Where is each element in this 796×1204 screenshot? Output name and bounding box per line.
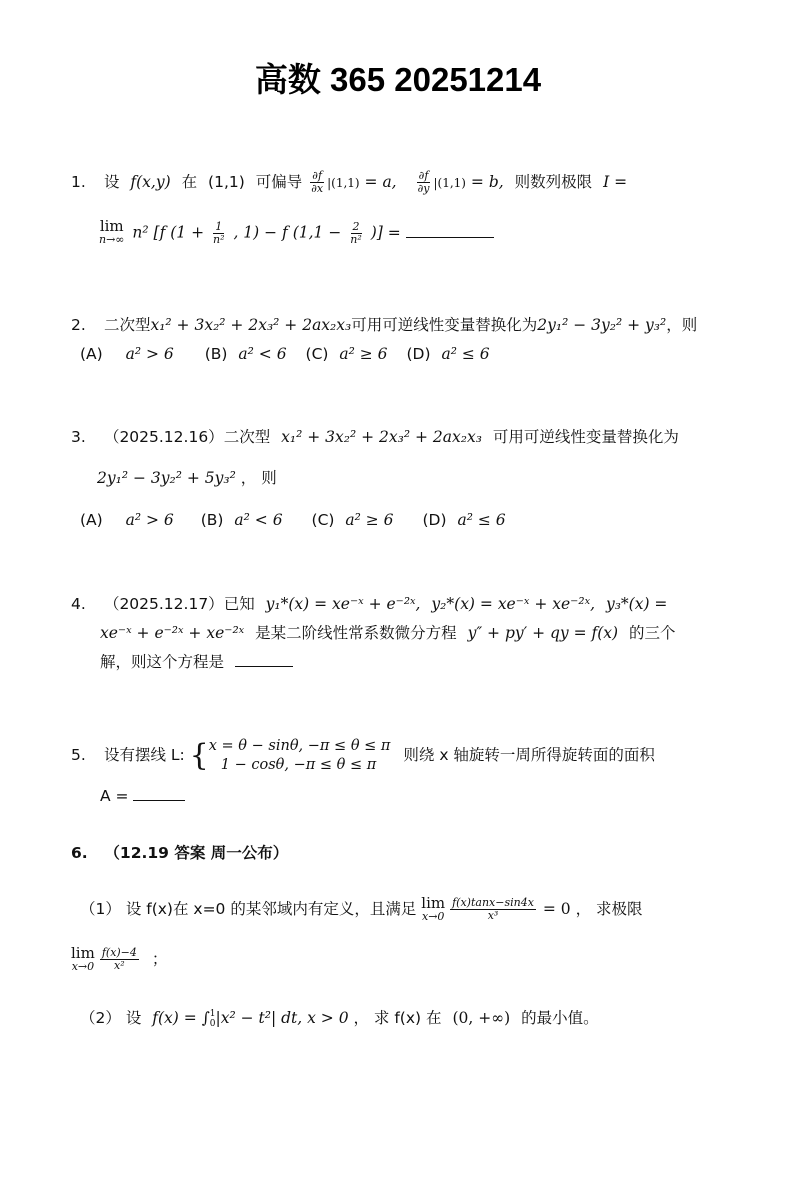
lim-sub: x→0 — [72, 960, 94, 973]
limit: lim n→∞ — [99, 220, 124, 246]
partial-x-fraction: ∂f ∂x — [309, 170, 325, 195]
question-2-line-1: 2. 二次型x₁² + 3x₂² + 2x₃² + 2ax₂x₃可用可逆线性变量… — [71, 314, 697, 336]
document-title: 高数 365 20251214 — [0, 54, 796, 101]
limit: lim x→0 — [71, 947, 95, 973]
solution-y3-rhs: xe⁻ˣ + e⁻²ˣ + xe⁻²ˣ — [100, 624, 244, 642]
solution-y3-lhs: y₃*(x) = — [606, 595, 667, 613]
date: （2025.12.16） — [104, 428, 224, 446]
case-2: 1 − cosθ, −π ≤ θ ≤ π — [209, 756, 391, 775]
lim-word: lim — [100, 220, 124, 233]
fraction-2: 2 n² — [348, 221, 364, 246]
option-b-value: a² < 6 — [234, 511, 282, 529]
question-6-part-1-line-2: lim x→0 f(x)−4 x² ； — [71, 943, 167, 975]
denominator: ∂x — [309, 183, 325, 195]
quadratic-form: x₁² + 3x₂² + 2x₃² + 2ax₂x₃ — [281, 428, 482, 446]
option-c-label: (C) — [312, 511, 335, 529]
text: 已知 — [224, 595, 255, 613]
question-number: 2. — [71, 314, 99, 336]
eq-b: = b, — [471, 173, 504, 191]
eval-at: |(1,1) — [327, 176, 360, 190]
target-form: 2y₁² − 3y₂² + 5y₃² — [97, 469, 236, 487]
text: ； — [152, 950, 168, 968]
question-number: 6. — [71, 842, 99, 864]
text: ， 求极限 — [576, 900, 643, 918]
question-3-line-2: 2y₁² − 3y₂² + 5y₃² ， 则 — [97, 467, 277, 489]
denominator: x² — [112, 960, 127, 972]
question-5-line-2: A = — [100, 785, 185, 807]
question-6-part-2: （2） 设 f(x) = ∫ 1 0 |x² − t²| dt, x > 0 ，… — [80, 1007, 599, 1029]
heading: （12.19 答案 周一公布） — [104, 844, 288, 862]
question-number: 5. — [71, 736, 99, 774]
text: 设有摆线 L: — [104, 746, 185, 764]
fraction-1: 1 n² — [211, 221, 227, 246]
text: 设 f(x)在 x=0 的某邻域内有定义，且满足 — [126, 900, 417, 918]
limit-fraction: f(x)tanx−sin4x x³ — [450, 897, 536, 922]
denominator: x³ — [486, 910, 501, 922]
denominator: n² — [211, 234, 227, 246]
text: 解，则这个方程是 — [100, 653, 224, 671]
option-c-label: (C) — [306, 345, 329, 363]
option-c-value: a² ≥ 6 — [339, 345, 387, 363]
option-d-label: (D) — [407, 345, 431, 363]
text: 则数列极限 — [515, 173, 593, 191]
var-I: I = — [603, 173, 627, 191]
question-4-line-3: 解，则这个方程是 — [100, 651, 293, 673]
left-brace: { — [190, 741, 209, 771]
equals: = — [388, 224, 401, 242]
question-4-line-2: xe⁻ˣ + e⁻²ˣ + xe⁻²ˣ 是某二阶线性常系数微分方程 y″ + p… — [100, 622, 676, 644]
target-form: 2y₁² − 3y₂² + y₃² — [537, 316, 666, 334]
quadratic-form: x₁² + 3x₂² + 2x₃² + 2ax₂x₃ — [150, 316, 351, 334]
option-a-label: (A) — [80, 511, 103, 529]
option-d-value: a² ≤ 6 — [441, 345, 489, 363]
lim-sub: x→0 — [422, 910, 444, 923]
case-1: x = θ − sinθ, −π ≤ θ ≤ π — [209, 737, 391, 756]
answer-label: A = — [100, 787, 129, 805]
option-b-label: (B) — [201, 511, 224, 529]
answer-blank[interactable] — [406, 223, 494, 238]
question-1-line-2: lim n→∞ n² [f (1 + 1 n² , 1) − f (1,1 − … — [99, 220, 494, 246]
limit-fraction: f(x)−4 x² — [100, 947, 139, 972]
eq-zero: = 0 — [543, 900, 571, 918]
text: 设 — [126, 1009, 142, 1027]
question-6-part-1-line-1: （1） 设 f(x)在 x=0 的某邻域内有定义，且满足 lim x→0 f(x… — [80, 893, 643, 925]
math-func: f(x,y) — [130, 173, 170, 191]
lim-word: lim — [71, 947, 95, 960]
text: 在 — [182, 173, 198, 191]
option-d-value: a² ≤ 6 — [457, 511, 505, 529]
text: ，则 — [666, 316, 697, 334]
part-label: （1） — [80, 900, 121, 918]
option-d-label: (D) — [423, 511, 447, 529]
text: 可用可逆线性变量替换化为 — [351, 316, 537, 334]
cases: x = θ − sinθ, −π ≤ θ ≤ π 1 − cosθ, −π ≤ … — [209, 737, 391, 775]
text: 设 — [104, 173, 120, 191]
question-number: 4. — [71, 593, 99, 615]
text: 的最小值。 — [521, 1009, 599, 1027]
option-c-value: a² ≥ 6 — [345, 511, 393, 529]
limit: lim x→0 — [421, 897, 445, 923]
answer-blank[interactable] — [235, 652, 293, 667]
text: 可偏导 — [256, 173, 303, 191]
text: ， 求 f(x) 在 — [354, 1009, 442, 1027]
question-4-line-1: 4. （2025.12.17）已知 y₁*(x) = xe⁻ˣ + e⁻²ˣ, … — [71, 593, 667, 615]
question-number: 3. — [71, 426, 99, 448]
denominator: ∂y — [416, 183, 432, 195]
question-3-line-1: 3. （2025.12.16）二次型 x₁² + 3x₂² + 2x₃² + 2… — [71, 426, 679, 448]
numerator: 2 — [351, 221, 362, 234]
lim-sub: n→∞ — [99, 233, 124, 246]
text: 二次型 — [104, 316, 151, 334]
expr: , 1) − f (1,1 − — [233, 224, 346, 242]
expr: n² [f (1 + — [132, 224, 209, 242]
text: 二次型 — [224, 428, 271, 446]
option-a-value: a² > 6 — [126, 511, 174, 529]
point: (1,1) — [208, 173, 245, 191]
solution-y1: y₁*(x) = xe⁻ˣ + e⁻²ˣ, — [266, 595, 421, 613]
eq-a: = a, — [365, 173, 397, 191]
solution-y2: y₂*(x) = xe⁻ˣ + xe⁻²ˣ, — [431, 595, 595, 613]
question-5-line-1: 5. 设有摆线 L: { x = θ − sinθ, −π ≤ θ ≤ π 1 … — [71, 736, 655, 775]
text: 可用可逆线性变量替换化为 — [493, 428, 679, 446]
integrand: |x² − t²| dt, x > 0 — [216, 1009, 349, 1027]
numerator: 1 — [213, 221, 224, 234]
option-b-value: a² < 6 — [238, 345, 286, 363]
date: （2025.12.17） — [104, 595, 224, 613]
expr: )] — [371, 224, 383, 242]
text: 则绕 x 轴旋转一周所得旋转面的面积 — [403, 746, 655, 764]
option-a-label: (A) — [80, 345, 103, 363]
lim-word: lim — [421, 897, 445, 910]
ode: y″ + py′ + qy = f(x) — [468, 624, 619, 642]
question-6-heading: 6. （12.19 答案 周一公布） — [71, 842, 288, 864]
question-3-options: (A) a² > 6 (B) a² < 6 (C) a² ≥ 6 (D) a² … — [80, 509, 506, 531]
interval: (0, +∞) — [452, 1009, 510, 1027]
question-number: 1. — [71, 171, 99, 193]
answer-blank[interactable] — [133, 786, 185, 801]
text: 是某二阶线性常系数微分方程 — [255, 624, 457, 642]
text: 的三个 — [629, 624, 676, 642]
option-b-label: (B) — [205, 345, 228, 363]
denominator: n² — [348, 234, 364, 246]
question-1-line-1: 1. 设 f(x,y) 在 (1,1) 可偏导 ∂f ∂x |(1,1) = a… — [71, 170, 627, 195]
func: f(x) = ∫ — [152, 1009, 210, 1027]
part-label: （2） — [80, 1009, 121, 1027]
question-2-options: (A) a² > 6 (B) a² < 6 (C) a² ≥ 6 (D) a² … — [80, 343, 490, 365]
option-a-value: a² > 6 — [126, 345, 174, 363]
text: ， 则 — [241, 469, 277, 487]
partial-y-fraction: ∂f ∂y — [416, 170, 432, 195]
eval-at: |(1,1) — [433, 176, 466, 190]
